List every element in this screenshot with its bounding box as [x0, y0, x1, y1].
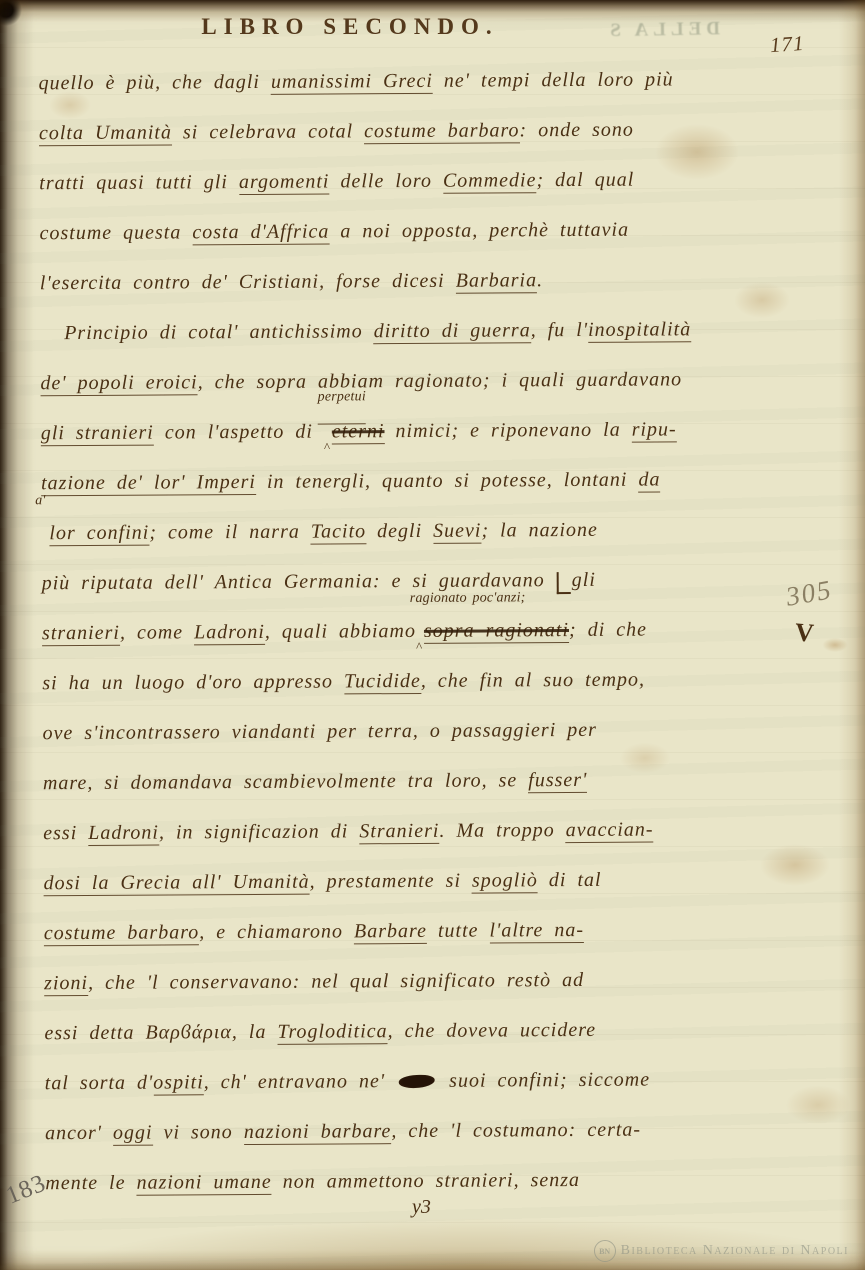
- manuscript-line: si ha un luogo d'oro appresso Tucidide, …: [42, 654, 782, 709]
- underlined-term: nazioni barbare: [244, 1120, 392, 1145]
- library-watermark: BN Biblioteca Nazionale di Napoli: [594, 1240, 849, 1262]
- text-run: non ammettono stranieri, senza: [272, 1169, 580, 1193]
- manuscript-page-scan: DELLA S LIBRO SECONDO. 171 quello è più,…: [0, 0, 865, 1270]
- underlined-term: fusser': [528, 769, 587, 793]
- text-run: essi: [43, 822, 88, 844]
- underlined-term: Barbare: [354, 920, 427, 944]
- text-run: , quali abbiamo: [265, 620, 416, 643]
- insertion-text: perpetui: [317, 372, 366, 424]
- underlined-term: spogliò: [472, 869, 538, 893]
- text-run: , che fin al suo tempo,: [421, 669, 645, 692]
- underlined-term: da: [638, 468, 660, 492]
- text-run: , in significazion di: [159, 820, 359, 843]
- caret-icon: ^: [324, 422, 331, 472]
- text-run: costume questa: [39, 221, 192, 244]
- manuscript-line: quello è più, che dagli umanissimi Greci…: [38, 54, 778, 109]
- text-run: vi sono: [152, 1121, 243, 1144]
- underlined-term: ospiti: [153, 1071, 204, 1095]
- text-run: ; di che: [569, 619, 647, 641]
- text-run: , che sopra abbiam ragionato; i quali gu…: [198, 368, 683, 393]
- text-run: mente le: [45, 1172, 136, 1195]
- underlined-term: costume barbaro: [364, 119, 520, 144]
- manuscript-line: ove s'incontrassero viandanti per terra,…: [42, 704, 782, 759]
- underlined-term: ripu-: [632, 418, 677, 442]
- manuscript-line: mare, si domandava scambievolmente tra l…: [43, 754, 783, 809]
- underlined-term: argomenti: [239, 170, 330, 195]
- underlined-term: Stranieri: [359, 820, 439, 844]
- underlined-term: colta Umanità: [39, 121, 172, 146]
- text-run: mare, si domandava scambievolmente tra l…: [43, 769, 528, 794]
- text-run: quello è più, che dagli: [39, 71, 271, 94]
- margin-check-mark: V: [794, 617, 815, 648]
- manuscript-line: essi Ladroni, in significazion di Strani…: [43, 804, 783, 859]
- ink-blot: [399, 1074, 436, 1088]
- underlined-term: stranieri: [42, 622, 120, 646]
- text-run: si celebrava cotal: [172, 120, 364, 143]
- pencil-foliation-number: 183: [2, 1169, 50, 1210]
- insertion-text: ragionato poc'anzi;: [410, 573, 526, 624]
- underlined-term: Commedie: [443, 169, 537, 194]
- text-run: . Ma troppo: [439, 819, 565, 842]
- underlined-term: Tucidide: [344, 670, 421, 694]
- text-run: , che doveva uccidere: [388, 1019, 597, 1042]
- underlined-term: Ladroni: [88, 822, 159, 846]
- interlinear-insertion: a': [41, 519, 49, 539]
- underlined-term: lor confini: [49, 522, 149, 547]
- interlinear-insertion: ^ragionato poc'anzi;: [416, 617, 424, 637]
- manuscript-line: a'lor confini; come il narra Tacito degl…: [41, 504, 781, 559]
- insertion-text: a': [35, 476, 46, 526]
- underlined-term: de' popoli eroici: [40, 371, 197, 396]
- text-run: ove s'incontrassero viandanti per terra,…: [43, 719, 597, 744]
- text-run: tal sorta d': [45, 1072, 154, 1095]
- underlined-term: nazioni umane: [136, 1171, 271, 1196]
- text-run: tratti quasi tutti gli: [39, 171, 239, 194]
- manuscript-line: ancor' oggi vi sono nazioni barbare, che…: [45, 1104, 785, 1159]
- text-run: , che 'l conservavano: nel qual signific…: [88, 969, 584, 994]
- library-logo-icon: BN: [594, 1240, 616, 1262]
- manuscript-line: costume barbaro, e chiamarono Barbare tu…: [44, 904, 784, 959]
- text-run: a noi opposta, perchè tuttavia: [329, 219, 629, 243]
- page-title: LIBRO SECONDO.: [0, 14, 700, 40]
- text-run: con l'aspetto di: [154, 421, 324, 444]
- catchword-signature: y3: [412, 1196, 431, 1219]
- manuscript-line: tal sorta d'ospiti, ch' entravano ne' su…: [45, 1054, 785, 1109]
- manuscript-line: tazione de' lor' Imperi in tenergli, qua…: [41, 454, 781, 509]
- manuscript-line: colta Umanità si celebrava cotal costume…: [39, 104, 779, 159]
- text-run: Principio di cotal' antichissimo: [64, 320, 374, 344]
- underlined-term: zioni: [44, 972, 88, 996]
- manuscript-line: l'esercita contro de' Cristiani, forse d…: [40, 254, 780, 309]
- text-run: gli: [572, 569, 596, 591]
- insertion-bracket-mark: [557, 572, 571, 594]
- manuscript-line: costume questa costa d'Affrica a noi opp…: [39, 204, 779, 259]
- underlined-term: inospitalità: [588, 318, 691, 343]
- text-run: , prestamente si: [310, 870, 472, 893]
- underlined-term: gli stranieri: [41, 422, 154, 447]
- text-run: l'esercita contro de' Cristiani, forse d…: [40, 270, 456, 295]
- text-run: , ch' entravano ne': [204, 1070, 397, 1093]
- text-run: tutte: [427, 920, 490, 942]
- underlined-term: costume barbaro: [44, 921, 200, 946]
- margin-annotation-number: 305: [784, 574, 835, 613]
- manuscript-text-block: quello è più, che dagli umanissimi Greci…: [38, 54, 785, 1208]
- text-run: , fu l': [531, 319, 589, 341]
- text-run: , e chiamarono: [199, 920, 354, 943]
- underlined-term: avaccian-: [566, 819, 654, 844]
- text-run: degli: [366, 520, 433, 542]
- underlined-term: costa d'Affrica: [192, 220, 329, 245]
- library-watermark-label: Biblioteca Nazionale di Napoli: [621, 1243, 849, 1259]
- underlined-term: oggi: [113, 1122, 153, 1146]
- manuscript-line-paragraph-start: Principio di cotal' antichissimo diritto…: [40, 304, 780, 359]
- manuscript-line: de' popoli eroici, che sopra abbiam ragi…: [40, 354, 780, 409]
- manuscript-line: dosi la Grecia all' Umanità, prestamente…: [43, 854, 783, 909]
- text-run: nimici; e riponevano la: [384, 419, 631, 443]
- text-run: : onde sono: [519, 119, 633, 142]
- underlined-term: diritto di guerra: [374, 319, 531, 344]
- text-run: ancor': [45, 1122, 113, 1144]
- caret-icon: ^: [416, 621, 423, 671]
- text-run: di tal: [538, 869, 602, 891]
- interlinear-insertion: ^perpetui: [324, 417, 332, 437]
- text-run: si ha un luogo d'oro appresso: [42, 670, 344, 694]
- manuscript-line: gli stranieri con l'aspetto di ^perpetui…: [41, 404, 781, 459]
- text-run: .: [537, 269, 543, 291]
- underlined-term: l'altre na-: [489, 919, 584, 944]
- underlined-term: Trogloditica: [277, 1020, 387, 1045]
- text-run: essi detta Βαρϐάρια, la: [44, 1021, 277, 1044]
- text-run: ; come il narra: [149, 521, 311, 544]
- underlined-term: Tacito: [311, 520, 366, 544]
- text-run: , che 'l costumano: certa-: [391, 1119, 641, 1143]
- underlined-term: Barbaria: [456, 269, 537, 293]
- manuscript-line: essi detta Βαρϐάρια, la Trogloditica, ch…: [44, 1004, 784, 1059]
- underlined-term: umanissimi Greci: [271, 70, 433, 95]
- underlined-term: tazione de' lor' Imperi: [41, 471, 256, 496]
- text-run: ne' tempi della loro più: [433, 68, 674, 91]
- text-run: delle loro: [329, 170, 443, 193]
- underlined-term: Ladroni: [194, 621, 265, 645]
- text-run: ; dal qual: [536, 169, 634, 192]
- text-run: in tenergli, quanto si potesse, lontani: [256, 469, 639, 493]
- underlined-term: dosi la Grecia all' Umanità: [43, 871, 309, 897]
- manuscript-line: stranieri, come Ladroni, quali abbiamo^r…: [42, 604, 782, 659]
- text-run: suoi confini; siccome: [438, 1069, 650, 1092]
- manuscript-line: zioni, che 'l conservavano: nel qual sig…: [44, 954, 784, 1009]
- underlined-term: Suevi: [433, 520, 481, 544]
- text-run: , come: [120, 621, 194, 643]
- text-run: ; la nazione: [481, 519, 598, 542]
- manuscript-line: tratti quasi tutti gli argomenti delle l…: [39, 154, 779, 209]
